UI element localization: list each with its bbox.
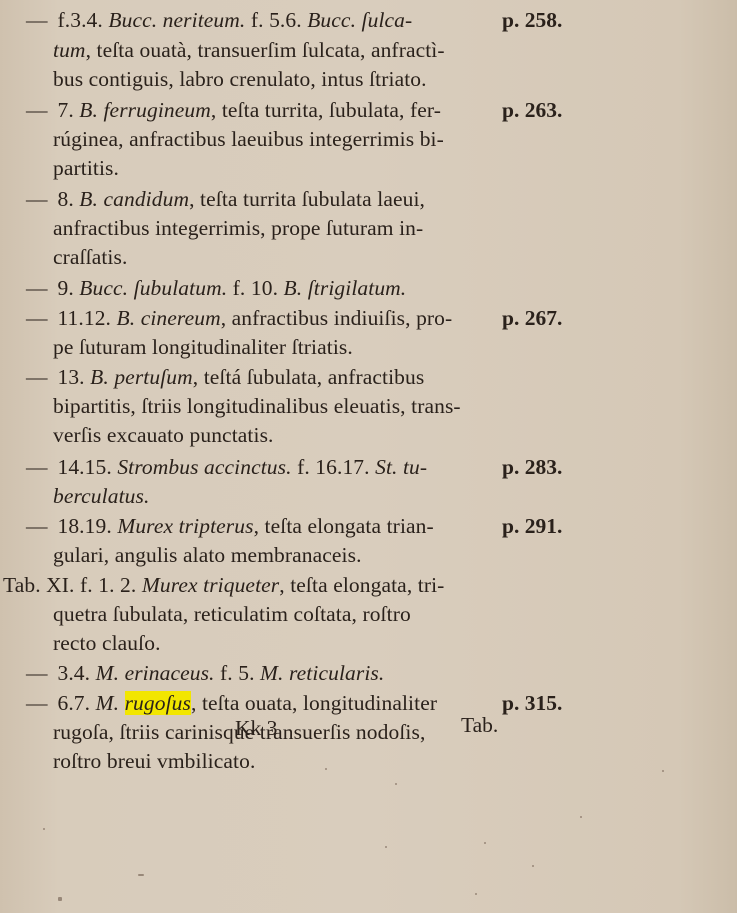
entry-dash: — bbox=[26, 275, 52, 301]
text-line: berculatus. bbox=[53, 483, 149, 509]
italic-taxon: St. tu- bbox=[375, 455, 427, 479]
entry-dash: — bbox=[26, 660, 52, 686]
text-run: recto clauſo. bbox=[53, 631, 161, 655]
italic-taxon: berculatus. bbox=[53, 484, 149, 508]
italic-taxon: B. candidum bbox=[79, 187, 189, 211]
italic-taxon: M. bbox=[96, 691, 125, 715]
book-page: — f.3.4. Bucc. neriteum. f. 5.6. Bucc. ſ… bbox=[0, 0, 737, 913]
text-run: roſtro breui vmbilicato. bbox=[53, 749, 255, 773]
text-run: f. 10. bbox=[227, 276, 283, 300]
text-line: — 3.4. M. erinaceus. f. 5. M. reticulari… bbox=[26, 660, 384, 686]
text-run: 9. bbox=[57, 276, 79, 300]
text-line: — 8. B. candidum, teſta turrita ſubulata… bbox=[26, 186, 425, 212]
italic-taxon: B. ſtrigilatum. bbox=[284, 276, 407, 300]
text-line: — 13. B. pertuſum, teſtá ſubulata, anfra… bbox=[26, 364, 424, 390]
text-run: f. 5. bbox=[215, 661, 261, 685]
text-line: tum, teſta ouatà, transuerſim ſulcata, a… bbox=[53, 37, 445, 63]
text-line: roſtro breui vmbilicato. bbox=[53, 748, 255, 774]
text-line: verſis excauato punctatis. bbox=[53, 422, 274, 448]
entry-dash: — bbox=[26, 305, 52, 331]
text-run: , teſta turrita ſubulata laeui, bbox=[189, 187, 425, 211]
entry-dash: — bbox=[26, 97, 52, 123]
text-run: 11.12. bbox=[57, 306, 116, 330]
catchword: Tab. bbox=[461, 712, 498, 738]
text-run: , teſta elongata trian- bbox=[254, 514, 434, 538]
text-run: , teſta ouata, longitudinaliter bbox=[191, 691, 437, 715]
text-run: 3.4. bbox=[57, 661, 95, 685]
italic-taxon: Bucc. ſubulatum. bbox=[79, 276, 227, 300]
text-run: 8. bbox=[57, 187, 79, 211]
plate-label: Tab. XI. bbox=[3, 573, 80, 597]
text-run: bus contiguis, labro crenulato, intus ſt… bbox=[53, 67, 427, 91]
italic-taxon: M. reticularis. bbox=[260, 661, 384, 685]
text-run: bipartitis, ſtriis longitudinalibus eleu… bbox=[53, 394, 461, 418]
entry-dash: — bbox=[26, 186, 52, 212]
text-run: 13. bbox=[57, 365, 90, 389]
text-line: quetra ſubulata, reticulatim coſtata, ro… bbox=[53, 601, 411, 627]
page-reference: p. 267. bbox=[502, 305, 562, 331]
text-run: f. 1. 2. bbox=[80, 573, 142, 597]
text-line: — 6.7. M. rugoſus, teſta ouata, longitud… bbox=[26, 690, 437, 716]
italic-taxon: Bucc. ſulca- bbox=[307, 8, 412, 32]
text-run: f. 16.17. bbox=[292, 455, 376, 479]
highlighted-term: rugoſus bbox=[125, 691, 191, 715]
page-reference: p. 315. bbox=[502, 690, 562, 716]
italic-taxon: B. pertuſum bbox=[90, 365, 193, 389]
text-line: — 7. B. ferrugineum, teſta turrita, ſubu… bbox=[26, 97, 441, 123]
text-line: anfractibus integerrimis, prope ſuturam … bbox=[53, 215, 423, 241]
page-reference: p. 283. bbox=[502, 454, 562, 480]
text-run: rúginea, anfractibus laeuibus integerrim… bbox=[53, 127, 444, 151]
entry-dash: — bbox=[26, 364, 52, 390]
italic-taxon: M. erinaceus. bbox=[96, 661, 215, 685]
text-run: 18.19. bbox=[57, 514, 117, 538]
text-run: anfractibus integerrimis, prope ſuturam … bbox=[53, 216, 423, 240]
entry-dash: — bbox=[26, 513, 52, 539]
text-run: quetra ſubulata, reticulatim coſtata, ro… bbox=[53, 602, 411, 626]
text-run: , teſta turrita, ſubulata, fer- bbox=[211, 98, 441, 122]
text-line: gulari, angulis alato membranaceis. bbox=[53, 542, 362, 568]
page-reference: p. 263. bbox=[502, 97, 562, 123]
entry-dash: — bbox=[26, 7, 52, 33]
text-line: pe ſuturam longitudinaliter ſtriatis. bbox=[53, 334, 353, 360]
text-line: partitis. bbox=[53, 155, 119, 181]
text-line: Tab. XI. f. 1. 2. Murex triqueter, teſta… bbox=[3, 572, 444, 598]
page-reference: p. 258. bbox=[502, 7, 562, 33]
text-run: pe ſuturam longitudinaliter ſtriatis. bbox=[53, 335, 353, 359]
signature-mark: Kk 3 bbox=[235, 715, 277, 741]
page-reference: p. 291. bbox=[502, 513, 562, 539]
text-run: , anfractibus indiuiſis, pro- bbox=[221, 306, 453, 330]
text-line: — 9. Bucc. ſubulatum. f. 10. B. ſtrigila… bbox=[26, 275, 406, 301]
text-line: rúginea, anfractibus laeuibus integerrim… bbox=[53, 126, 444, 152]
italic-taxon: Bucc. neriteum. bbox=[108, 8, 245, 32]
text-run: 14.15. bbox=[57, 455, 117, 479]
text-run: verſis excauato punctatis. bbox=[53, 423, 274, 447]
text-line: recto clauſo. bbox=[53, 630, 161, 656]
italic-taxon: Murex triqueter bbox=[142, 573, 279, 597]
italic-taxon: Murex tripterus bbox=[117, 514, 253, 538]
text-run: f. 5.6. bbox=[245, 8, 307, 32]
italic-taxon: B. cinereum bbox=[117, 306, 221, 330]
text-line: bipartitis, ſtriis longitudinalibus eleu… bbox=[53, 393, 461, 419]
text-run: , teſta elongata, tri- bbox=[279, 573, 444, 597]
text-line: craſſatis. bbox=[53, 244, 127, 270]
italic-taxon: B. ferrugineum bbox=[79, 98, 211, 122]
text-run: 6.7. bbox=[57, 691, 95, 715]
text-run: gulari, angulis alato membranaceis. bbox=[53, 543, 362, 567]
text-line: — 14.15. Strombus accinctus. f. 16.17. S… bbox=[26, 454, 427, 480]
text-run: craſſatis. bbox=[53, 245, 127, 269]
text-run: f.3.4. bbox=[57, 8, 108, 32]
entry-dash: — bbox=[26, 690, 52, 716]
italic-taxon: tum bbox=[53, 38, 86, 62]
text-line: — 11.12. B. cinereum, anfractibus indiui… bbox=[26, 305, 452, 331]
text-line: — f.3.4. Bucc. neriteum. f. 5.6. Bucc. ſ… bbox=[26, 7, 412, 33]
text-line: bus contiguis, labro crenulato, intus ſt… bbox=[53, 66, 427, 92]
text-run: 7. bbox=[57, 98, 79, 122]
entry-dash: — bbox=[26, 454, 52, 480]
italic-taxon: Strombus accinctus. bbox=[117, 455, 291, 479]
text-run: , teſtá ſubulata, anfractibus bbox=[193, 365, 425, 389]
text-run: partitis. bbox=[53, 156, 119, 180]
text-run: , teſta ouatà, transuerſim ſulcata, anfr… bbox=[86, 38, 445, 62]
text-line: — 18.19. Murex tripterus, teſta elongata… bbox=[26, 513, 434, 539]
